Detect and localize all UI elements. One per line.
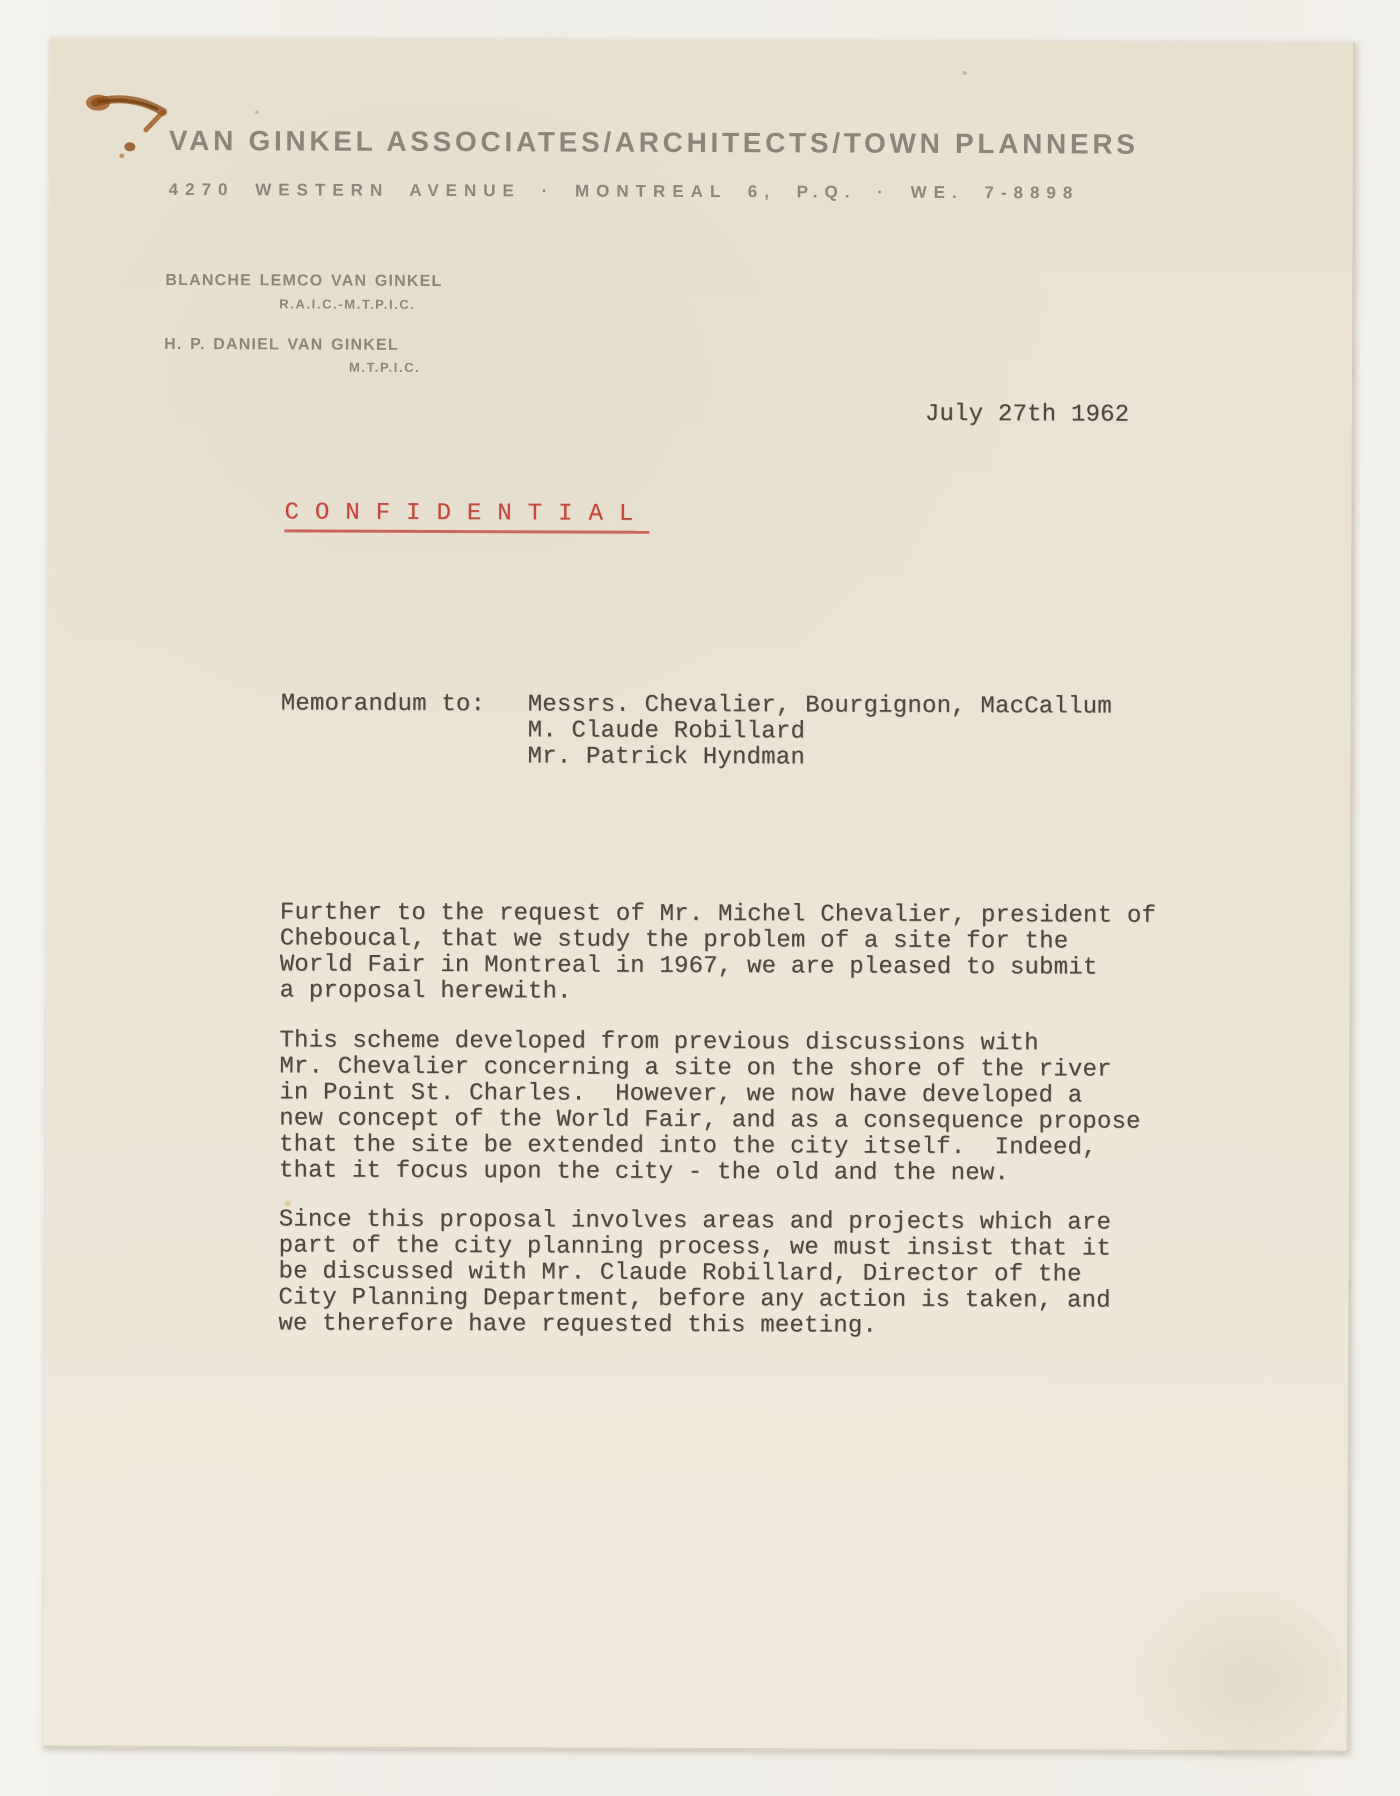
scanned-letter-background: VAN GINKEL ASSOCIATES/ARCHITECTS/TOWN PL…: [0, 0, 1400, 1796]
letterhead: VAN GINKEL ASSOCIATES/ARCHITECTS/TOWN PL…: [50, 38, 1355, 43]
paper-smudge: [1134, 1587, 1345, 1778]
recipient-line: M. Claude Robillard: [528, 717, 806, 745]
letter-page: VAN GINKEL ASSOCIATES/ARCHITECTS/TOWN PL…: [44, 38, 1356, 1753]
firm-name: VAN GINKEL ASSOCIATES/ARCHITECTS/TOWN PL…: [169, 127, 1139, 159]
memo-to-label: Memorandum to:: [281, 691, 486, 718]
partner-name-blanche: BLANCHE LEMCO VAN GINKEL: [165, 273, 442, 290]
paper-speck: [255, 110, 259, 114]
paper-speck: [962, 71, 967, 75]
firm-address: 4270 WESTERN AVENUE · MONTREAL 6, P.Q. ·…: [169, 181, 1080, 201]
body-paragraph-2: This scheme developed from previous disc…: [279, 1028, 1141, 1187]
recipient-line: Mr. Patrick Hyndman: [527, 743, 805, 771]
confidential-stamp: CONFIDENTIAL: [284, 501, 649, 533]
body-paragraph-1: Further to the request of Mr. Michel Che…: [280, 900, 1157, 1007]
partner-credentials-daniel: M.T.P.I.C.: [349, 361, 420, 374]
memo-recipients: Messrs. Chevalier, Bourgignon, MacCallum…: [527, 692, 1111, 772]
recipient-line: Messrs. Chevalier, Bourgignon, MacCallum: [528, 691, 1112, 720]
partner-credentials-blanche: R.A.I.C.-M.T.P.I.C.: [279, 297, 415, 311]
partner-name-daniel: H. P. DANIEL VAN GINKEL: [164, 337, 399, 354]
date-line: July 27th 1962: [925, 402, 1130, 429]
body-paragraph-3: Since this proposal involves areas and p…: [278, 1207, 1111, 1340]
paper-speck: [285, 1200, 291, 1206]
